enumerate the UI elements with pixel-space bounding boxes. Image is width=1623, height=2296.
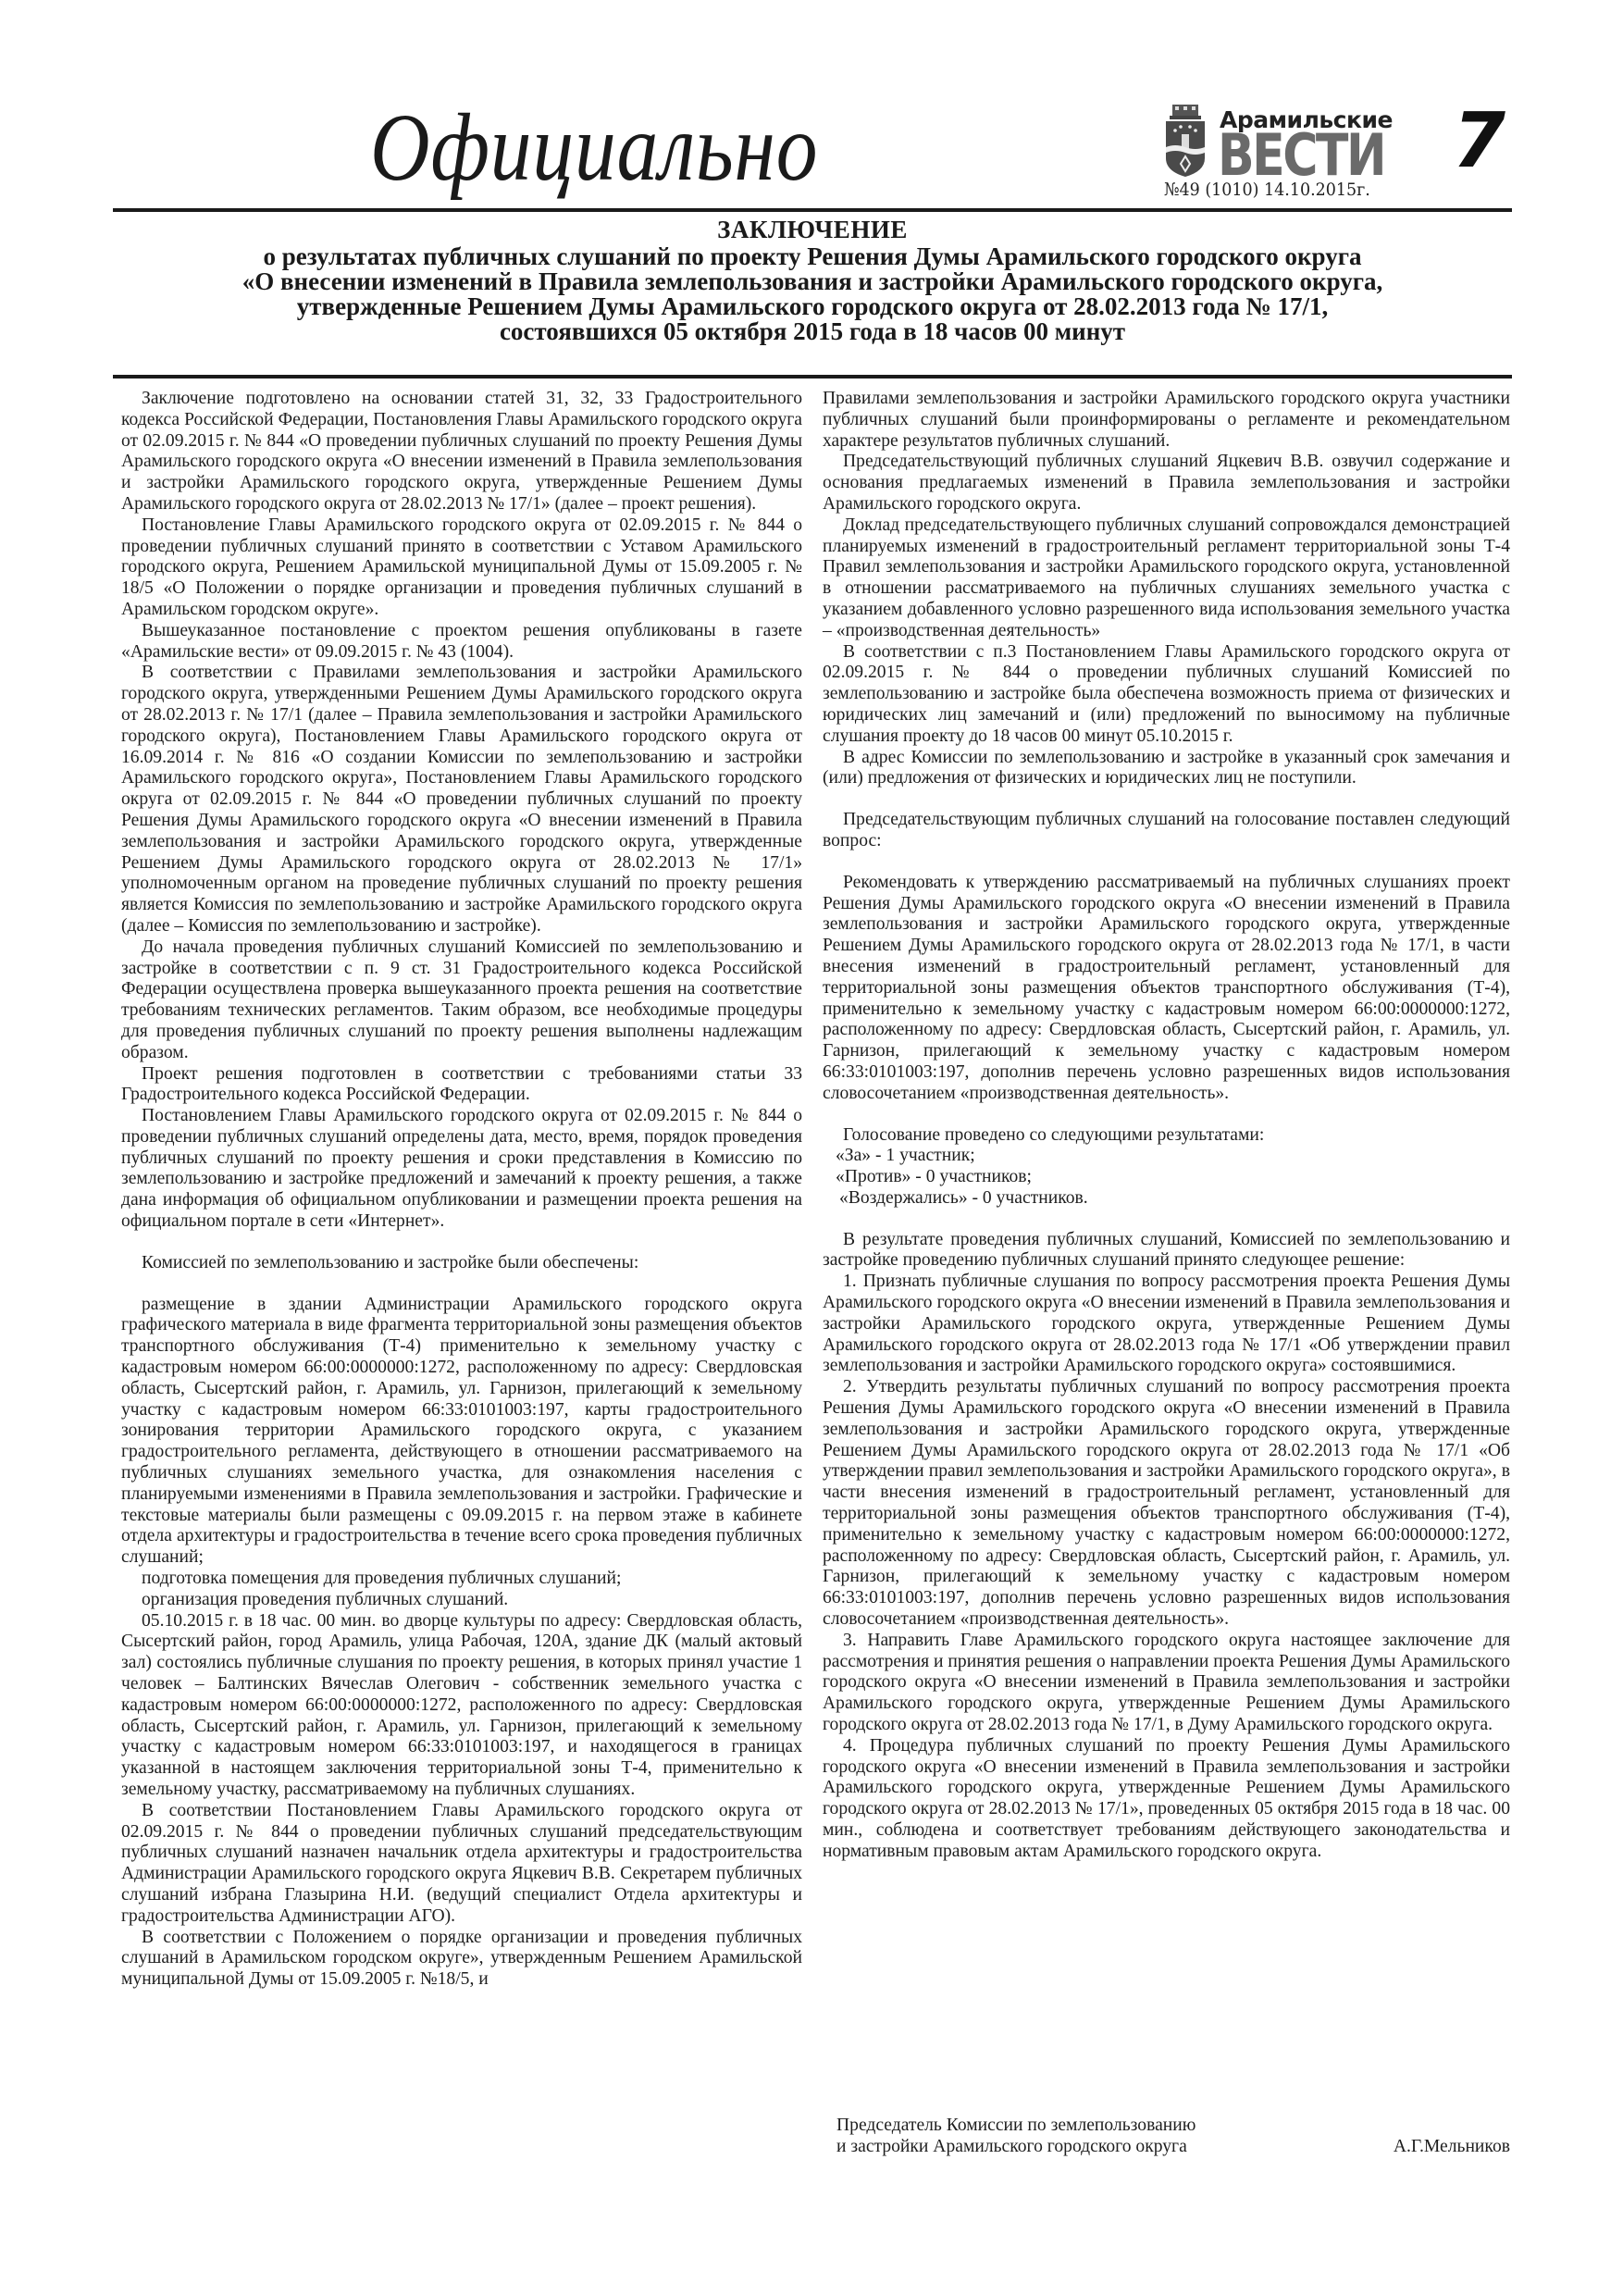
- vote-result-for: «За» - 1 участник;: [823, 1146, 1510, 1167]
- paragraph: Постановление Главы Арамильского городск…: [121, 515, 802, 621]
- paragraph-vote-header: Голосование проведено со следующими резу…: [823, 1125, 1510, 1147]
- decision-item: 3. Направить Главе Арамильского городско…: [823, 1631, 1510, 1736]
- vote-result-against: «Против» - 0 участников;: [823, 1167, 1510, 1188]
- signatory-name: А.Г.Мельников: [1394, 2136, 1510, 2157]
- logo-wordmark-big: ВЕСТИ: [1218, 127, 1384, 184]
- paragraph: В адрес Комиссии по землепользованию и з…: [823, 748, 1510, 790]
- decision-item: 2. Утвердить результаты публичных слушан…: [823, 1377, 1510, 1631]
- signature-block: Председатель Комиссии по землепользовани…: [836, 2115, 1510, 2157]
- list-item: размещение в здании Администрации Арамил…: [121, 1295, 802, 1569]
- headline-line: «О внесении изменений в Правила землепол…: [113, 269, 1512, 294]
- paragraph: Постановлением Главы Арамильского городс…: [121, 1106, 802, 1233]
- paragraph-vote-question: Председательствующим публичных слушаний …: [823, 810, 1510, 852]
- paragraph: До начала проведения публичных слушаний …: [121, 937, 802, 1064]
- paragraph-commission-provided: Комиссией по землепользованию и застройк…: [121, 1253, 802, 1274]
- list-item: организация проведения публичных слушани…: [121, 1590, 802, 1611]
- paragraph: В соответствии с Положением о порядке ор…: [121, 1928, 802, 1991]
- vote-result-abstained: «Воздержались» - 0 участников.: [823, 1188, 1510, 1210]
- paragraph: В соответствии с п.3 Постановлением Глав…: [823, 642, 1510, 748]
- decision-item: 4. Процедура публичных слушаний по проек…: [823, 1736, 1510, 1863]
- document-headline: ЗАКЛЮЧЕНИЕ о результатах публичных слуша…: [113, 215, 1512, 344]
- paragraph-recommendation: Рекомендовать к утверждению рассматривае…: [823, 873, 1510, 1105]
- paragraph: В соответствии с Правилами землепользова…: [121, 663, 802, 937]
- paragraph: Проект решения подготовлен в соответстви…: [121, 1064, 802, 1107]
- paragraph: Председательствующий публичных слушаний …: [823, 452, 1510, 515]
- list-item: подготовка помещения для проведения публ…: [121, 1569, 802, 1590]
- section-rubric: Официально: [370, 100, 818, 196]
- right-column: Правилами землепользования и застройки А…: [823, 389, 1510, 1863]
- paragraph: Правилами землепользования и застройки А…: [823, 389, 1510, 452]
- paragraph: Доклад председательствующего публичных с…: [823, 515, 1510, 642]
- bottom-rule: [113, 375, 1512, 379]
- page-number: 7: [1453, 104, 1505, 180]
- decision-item: 1. Признать публичные слушания по вопрос…: [823, 1272, 1510, 1377]
- headline-line: о результатах публичных слушаний по прое…: [113, 244, 1512, 269]
- paragraph: 05.10.2015 г. в 18 час. 00 мин. во дворц…: [121, 1611, 802, 1801]
- newspaper-page: Официально Арамильские ВЕСТИ №49 (1010) …: [0, 0, 1623, 2296]
- headline-line: состоявшихся 05 октября 2015 года в 18 ч…: [113, 319, 1512, 344]
- issue-info: №49 (1010) 14.10.2015г.: [1164, 180, 1370, 200]
- paragraph: Заключение подготовлено на основании ста…: [121, 389, 802, 515]
- headline-kicker: ЗАКЛЮЧЕНИЕ: [113, 215, 1512, 244]
- coat-of-arms-icon: [1164, 105, 1207, 180]
- paragraph: Вышеуказанное постановление с проектом р…: [121, 621, 802, 664]
- top-rule: [113, 208, 1512, 212]
- paragraph: В соответствии Постановлением Главы Арам…: [121, 1801, 802, 1928]
- left-column: Заключение подготовлено на основании ста…: [121, 389, 802, 1991]
- paragraph-decision-intro: В результате проведения публичных слушан…: [823, 1230, 1510, 1272]
- headline-line: утвержденные Решением Думы Арамильского …: [113, 294, 1512, 319]
- signatory-title: Председатель Комиссии по землепользовани…: [836, 2115, 1510, 2136]
